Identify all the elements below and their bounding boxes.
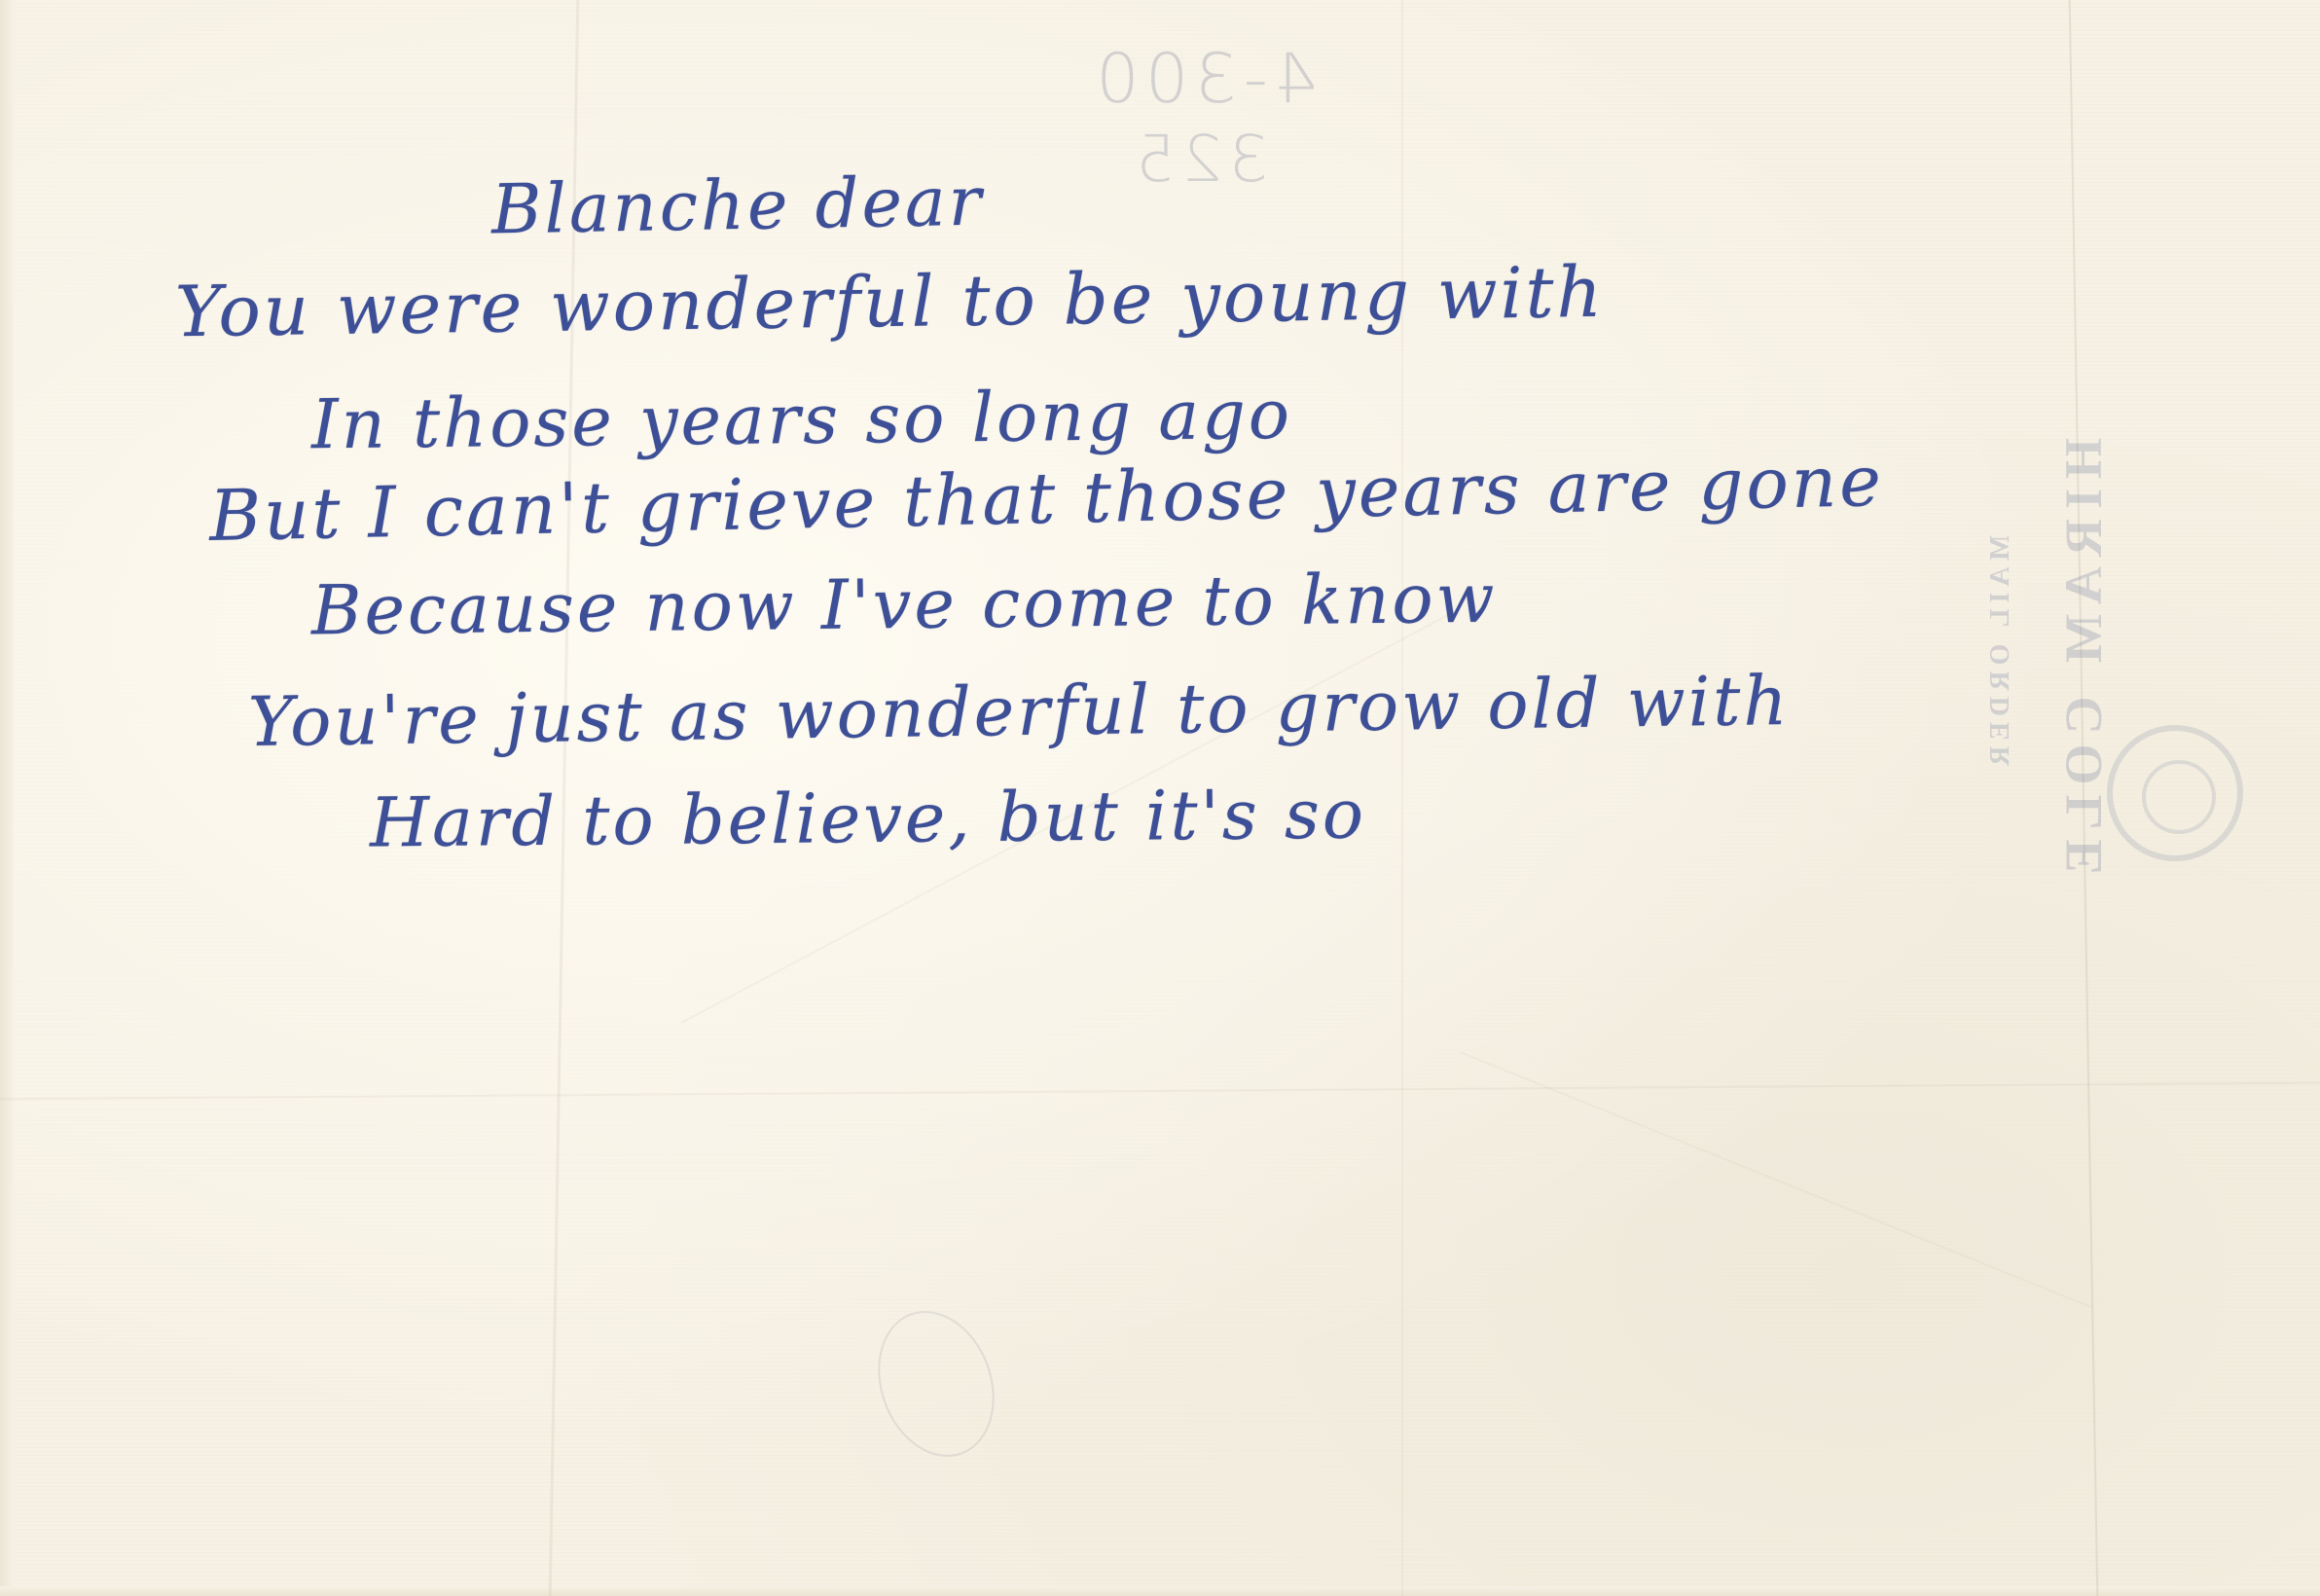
letter-paper: 4-300 325 HIRAM COLE MAIL ORDER Blanche … [0,0,2320,1596]
letter-line: Hard to believe, but it's so [370,775,1367,863]
letter-line: You were wonderful to be young with [174,251,1605,353]
letter-line: Because now I've come to know [311,559,1498,651]
letter-line: In those years so long ago [311,375,1293,465]
letter-greeting: Blanche dear [490,162,984,250]
letter-line: You're just as wonderful to grow old wit… [248,661,1791,762]
handwritten-letter: Blanche dear You were wonderful to be yo… [0,0,2320,1596]
